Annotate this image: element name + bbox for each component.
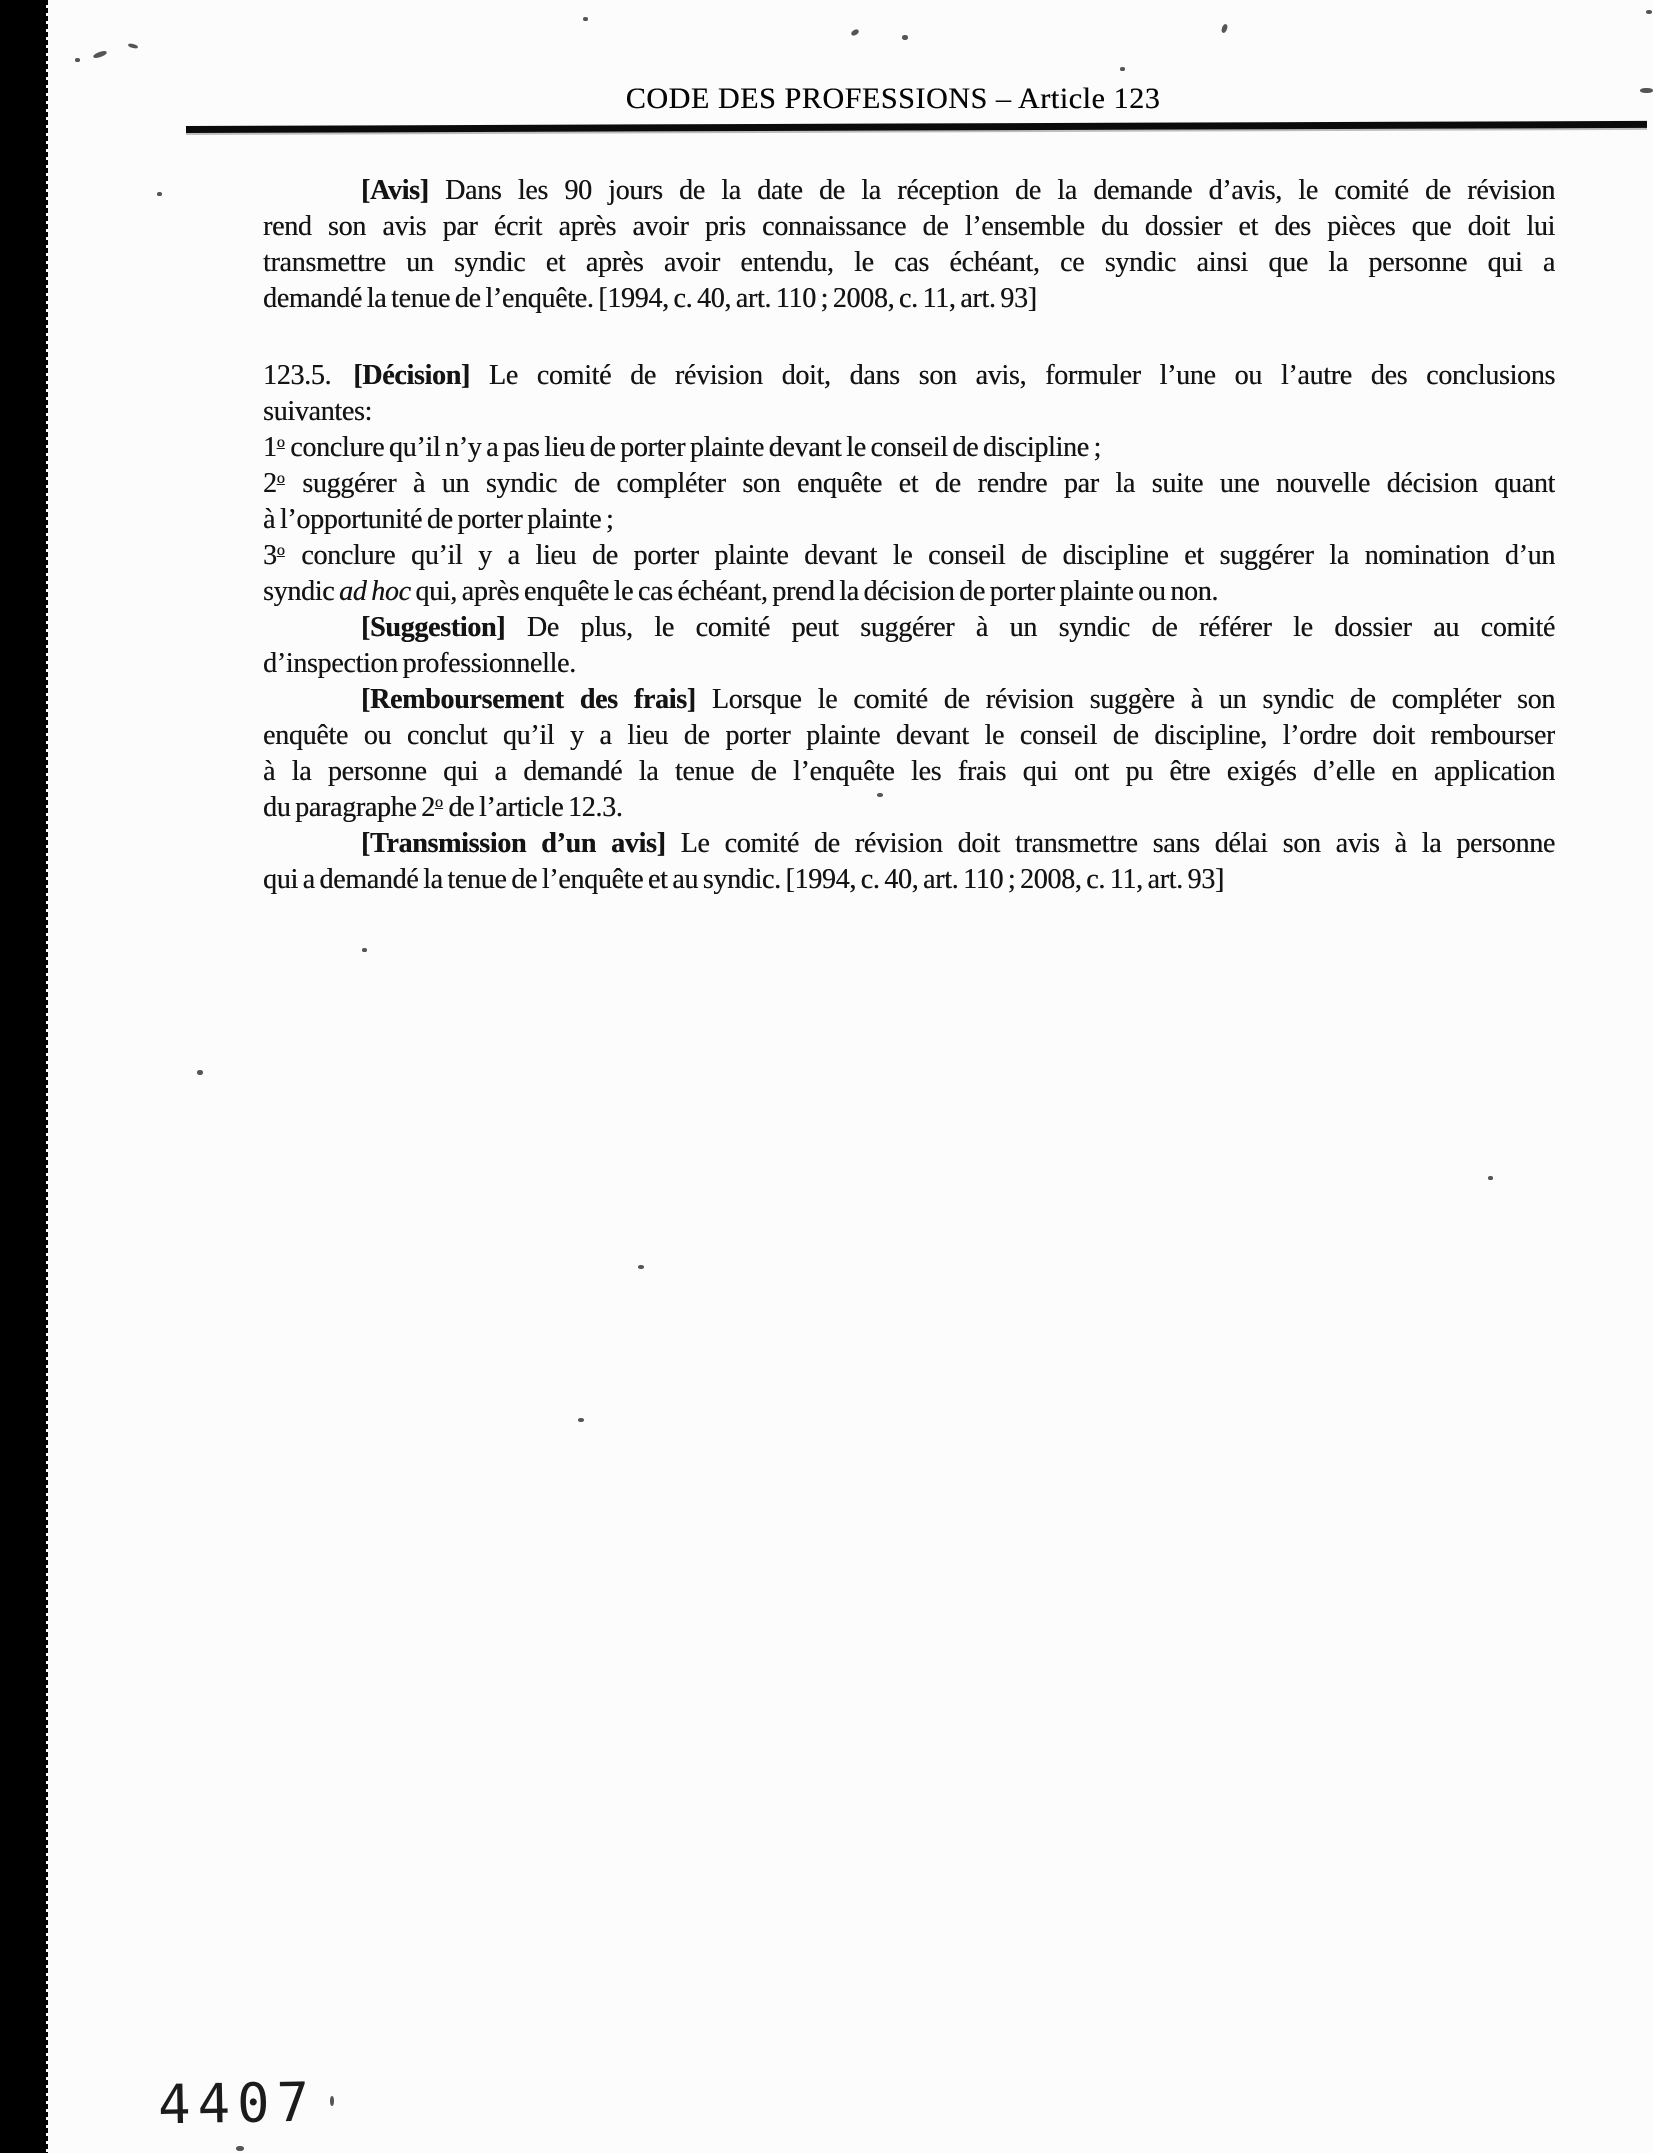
scan-speck (583, 17, 588, 21)
page-header-title: CODE DES PROFESSIONS – Article 123 (247, 82, 1539, 116)
text-line: 1o conclure qu’il n’y a pas lieu de port… (263, 430, 1555, 466)
text-line: 3o conclure qu’il y a lieu de porter pla… (263, 538, 1555, 574)
header-rule (186, 121, 1647, 133)
scan-speck (1221, 23, 1229, 33)
scan-speck (578, 1418, 584, 1422)
scan-speck (1646, 10, 1652, 14)
scan-speck (877, 793, 883, 797)
scan-speck (1120, 67, 1125, 71)
text-line: à la personne qui a demandé la tenue de … (263, 754, 1555, 790)
scan-speck (128, 43, 139, 49)
scan-edge-bar (0, 0, 46, 2153)
text-block: [Avis] Dans les 90 jours de la date de l… (263, 173, 1555, 898)
scan-speck (330, 2096, 334, 2106)
scan-speck (157, 192, 162, 196)
text-line: à l’opportunité de porter plainte ; (263, 502, 1555, 538)
text-line: rend son avis par écrit après avoir pris… (263, 209, 1555, 245)
scan-speck (362, 948, 367, 952)
text-line: 2o suggérer à un syndic de compléter son… (263, 466, 1555, 502)
scan-speck (93, 50, 108, 59)
scan-speck (75, 58, 80, 62)
text-line: syndic ad hoc qui, après enquête le cas … (263, 574, 1555, 610)
page-number-stamp: 4407 (157, 2071, 316, 2137)
text-line: transmettre un syndic et après avoir ent… (263, 245, 1555, 281)
text-line: qui a demandé la tenue de l’enquête et a… (263, 862, 1555, 898)
text-line: demandé la tenue de l’enquête. [1994, c.… (263, 281, 1555, 317)
scan-speck (850, 28, 859, 36)
scan-speck (1640, 88, 1653, 93)
scan-speck (902, 35, 908, 40)
text-line: [Transmission d’un avis] Le comité de ré… (263, 826, 1555, 862)
text-line: enquête ou conclut qu’il y a lieu de por… (263, 718, 1555, 754)
text-line: [Remboursement des frais] Lorsque le com… (263, 682, 1555, 718)
scan-speck (1488, 1176, 1493, 1180)
text-line: [Avis] Dans les 90 jours de la date de l… (263, 173, 1555, 209)
scan-speck (197, 1070, 203, 1075)
scan-speck (236, 2146, 244, 2151)
text-line: suivantes: (263, 394, 1555, 430)
text-line: [Suggestion] De plus, le comité peut sug… (263, 610, 1555, 646)
text-line: d’inspection professionnelle. (263, 646, 1555, 682)
text-line: du paragraphe 2o de l’article 12.3. (263, 790, 1555, 826)
scanned-page: CODE DES PROFESSIONS – Article 123 [Avis… (0, 0, 1653, 2153)
scan-speck (638, 1265, 644, 1269)
text-line: 123.5.[Décision] Le comité de révision d… (263, 358, 1555, 394)
